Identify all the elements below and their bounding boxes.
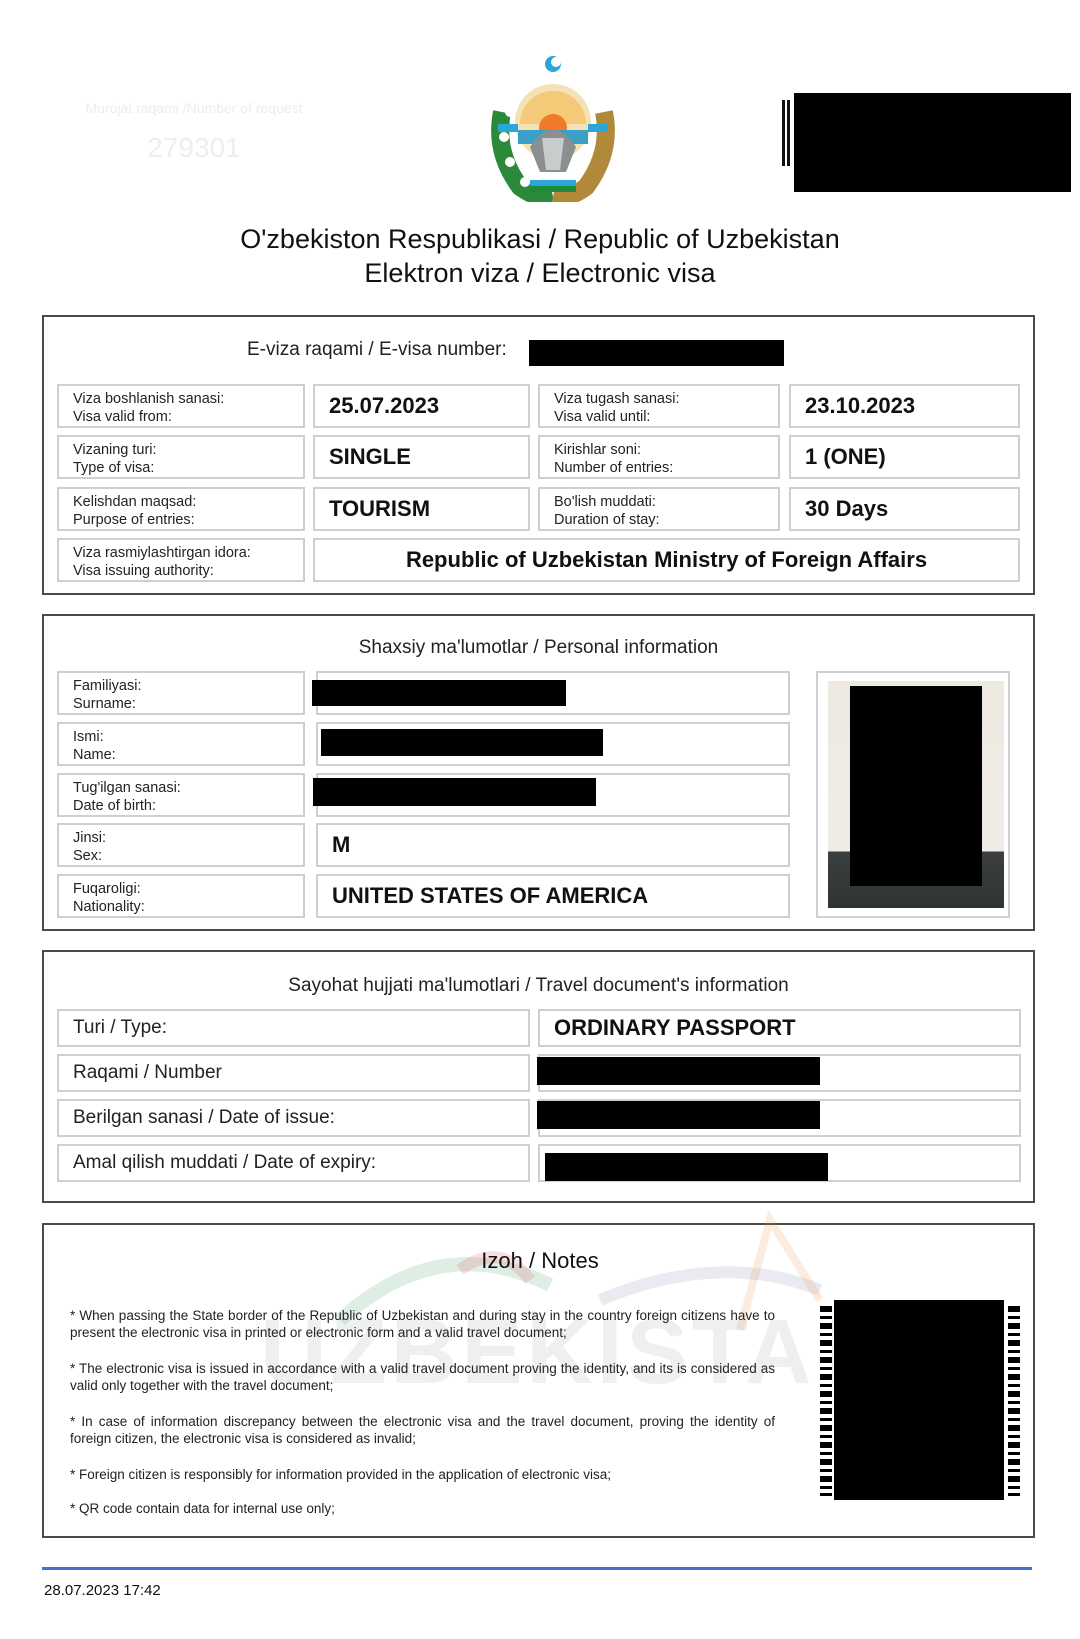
label-uz: Bo'lish muddati: — [554, 494, 656, 510]
label-en: Purpose of entries: — [73, 512, 195, 528]
value: ORDINARY PASSPORT — [554, 1015, 796, 1041]
label-uz: Viza tugash sanasi: — [554, 391, 679, 407]
visa-valid-until-value: 23.10.2023 — [789, 384, 1020, 428]
dob-label: Tug'ilgan sanasi:Date of birth: — [57, 773, 305, 817]
value: 25.07.2023 — [329, 393, 439, 419]
label-uz: Ismi: — [73, 729, 104, 745]
label-uz: Kelishdan maqsad: — [73, 494, 196, 510]
nationality-value: UNITED STATES OF AMERICA — [316, 874, 790, 918]
qr-edge-left — [820, 1306, 832, 1496]
qr-redacted — [834, 1300, 1004, 1500]
barcode-icon — [782, 100, 790, 166]
label-en: Visa issuing authority: — [73, 563, 214, 579]
value: 23.10.2023 — [805, 393, 915, 419]
visa-number-label: E-viza raqami / E-visa number: — [247, 339, 507, 361]
label: Amal qilish muddati / Date of expiry: — [73, 1152, 376, 1174]
label-en: Duration of stay: — [554, 512, 660, 528]
sex-value: M — [316, 823, 790, 867]
print-datetime: 28.07.2023 17:42 — [44, 1582, 161, 1599]
personal-section-title: Shaxsiy ma'lumotlar / Personal informati… — [44, 637, 1033, 659]
label-en: Visa valid until: — [554, 409, 650, 425]
label-en: Date of birth: — [73, 798, 156, 814]
duration-value: 30 Days — [789, 487, 1020, 531]
travel-section-title: Sayohat hujjati ma'lumotlari / Travel do… — [44, 975, 1033, 997]
state-emblem-icon — [480, 52, 626, 202]
label-uz: Tug'ilgan sanasi: — [73, 780, 181, 796]
visa-valid-from-label: Viza boshlanish sanasi:Visa valid from: — [57, 384, 305, 428]
qr-code — [820, 1300, 1020, 1500]
request-number-label: Murojat raqami /Number of request — [64, 100, 324, 116]
label-uz: Viza rasmiylashtirgan idora: — [73, 545, 251, 561]
value: TOURISM — [329, 496, 430, 522]
duration-label: Bo'lish muddati:Duration of stay: — [538, 487, 780, 531]
sex-label: Jinsi:Sex: — [57, 823, 305, 867]
label-en: Name: — [73, 747, 116, 763]
note-item: * Foreign citizen is responsibly for inf… — [70, 1466, 775, 1483]
label-en: Visa valid from: — [73, 409, 172, 425]
value: UNITED STATES OF AMERICA — [332, 883, 648, 909]
visa-number-redacted — [529, 340, 784, 366]
label-en: Number of entries: — [554, 460, 673, 476]
entries-label: Kirishlar soni:Number of entries: — [538, 435, 780, 479]
note-item: * QR code contain data for internal use … — [70, 1500, 775, 1517]
value: Republic of Uzbekistan Ministry of Forei… — [315, 547, 1018, 573]
label-en: Nationality: — [73, 899, 145, 915]
label-en: Sex: — [73, 848, 102, 864]
entries-value: 1 (ONE) — [789, 435, 1020, 479]
authority-label: Viza rasmiylashtirgan idora:Visa issuing… — [57, 538, 305, 582]
label: Turi / Type: — [73, 1017, 167, 1039]
page-subtitle: Elektron viza / Electronic visa — [0, 258, 1080, 289]
label-uz: Vizaning turi: — [73, 442, 157, 458]
label: Berilgan sanasi / Date of issue: — [73, 1107, 335, 1129]
visa-type-value: SINGLE — [313, 435, 530, 479]
visa-type-label: Vizaning turi:Type of visa: — [57, 435, 305, 479]
value: M — [332, 832, 350, 858]
doc-type-value: ORDINARY PASSPORT — [538, 1009, 1021, 1047]
value: SINGLE — [329, 444, 411, 470]
note-item: * In case of information discrepancy bet… — [70, 1413, 775, 1447]
qr-edge-right — [1008, 1306, 1020, 1496]
doc-issue-redacted — [537, 1101, 820, 1129]
doc-expiry-label: Amal qilish muddati / Date of expiry: — [57, 1144, 530, 1182]
notes-title: Izoh / Notes — [0, 1248, 1080, 1274]
redacted-barcode — [794, 93, 1071, 192]
purpose-label: Kelishdan maqsad:Purpose of entries: — [57, 487, 305, 531]
note-item: * When passing the State border of the R… — [70, 1307, 775, 1341]
surname-label: Familiyasi:Surname: — [57, 671, 305, 715]
surname-redacted — [312, 680, 566, 706]
label-uz: Viza boshlanish sanasi: — [73, 391, 224, 407]
label-uz: Familiyasi: — [73, 678, 141, 694]
photo-redacted — [850, 686, 982, 886]
label-uz: Kirishlar soni: — [554, 442, 641, 458]
visa-valid-from-value: 25.07.2023 — [313, 384, 530, 428]
label: Raqami / Number — [73, 1062, 222, 1084]
nationality-label: Fuqaroligi:Nationality: — [57, 874, 305, 918]
doc-number-redacted — [537, 1057, 820, 1085]
doc-type-label: Turi / Type: — [57, 1009, 530, 1047]
label-en: Type of visa: — [73, 460, 154, 476]
doc-number-label: Raqami / Number — [57, 1054, 530, 1092]
request-number: 279301 — [64, 132, 324, 164]
name-redacted — [321, 729, 603, 756]
value: 1 (ONE) — [805, 444, 886, 470]
page-title: O'zbekiston Respublikasi / Republic of U… — [0, 224, 1080, 255]
label-uz: Fuqaroligi: — [73, 881, 141, 897]
doc-expiry-redacted — [545, 1153, 828, 1181]
footer-divider — [42, 1567, 1032, 1570]
label-en: Surname: — [73, 696, 136, 712]
label-uz: Jinsi: — [73, 830, 106, 846]
purpose-value: TOURISM — [313, 487, 530, 531]
name-label: Ismi:Name: — [57, 722, 305, 766]
dob-redacted — [313, 778, 596, 806]
doc-issue-label: Berilgan sanasi / Date of issue: — [57, 1099, 530, 1137]
visa-valid-until-label: Viza tugash sanasi:Visa valid until: — [538, 384, 780, 428]
authority-value: Republic of Uzbekistan Ministry of Forei… — [313, 538, 1020, 582]
note-item: * The electronic visa is issued in accor… — [70, 1360, 775, 1394]
value: 30 Days — [805, 496, 888, 522]
